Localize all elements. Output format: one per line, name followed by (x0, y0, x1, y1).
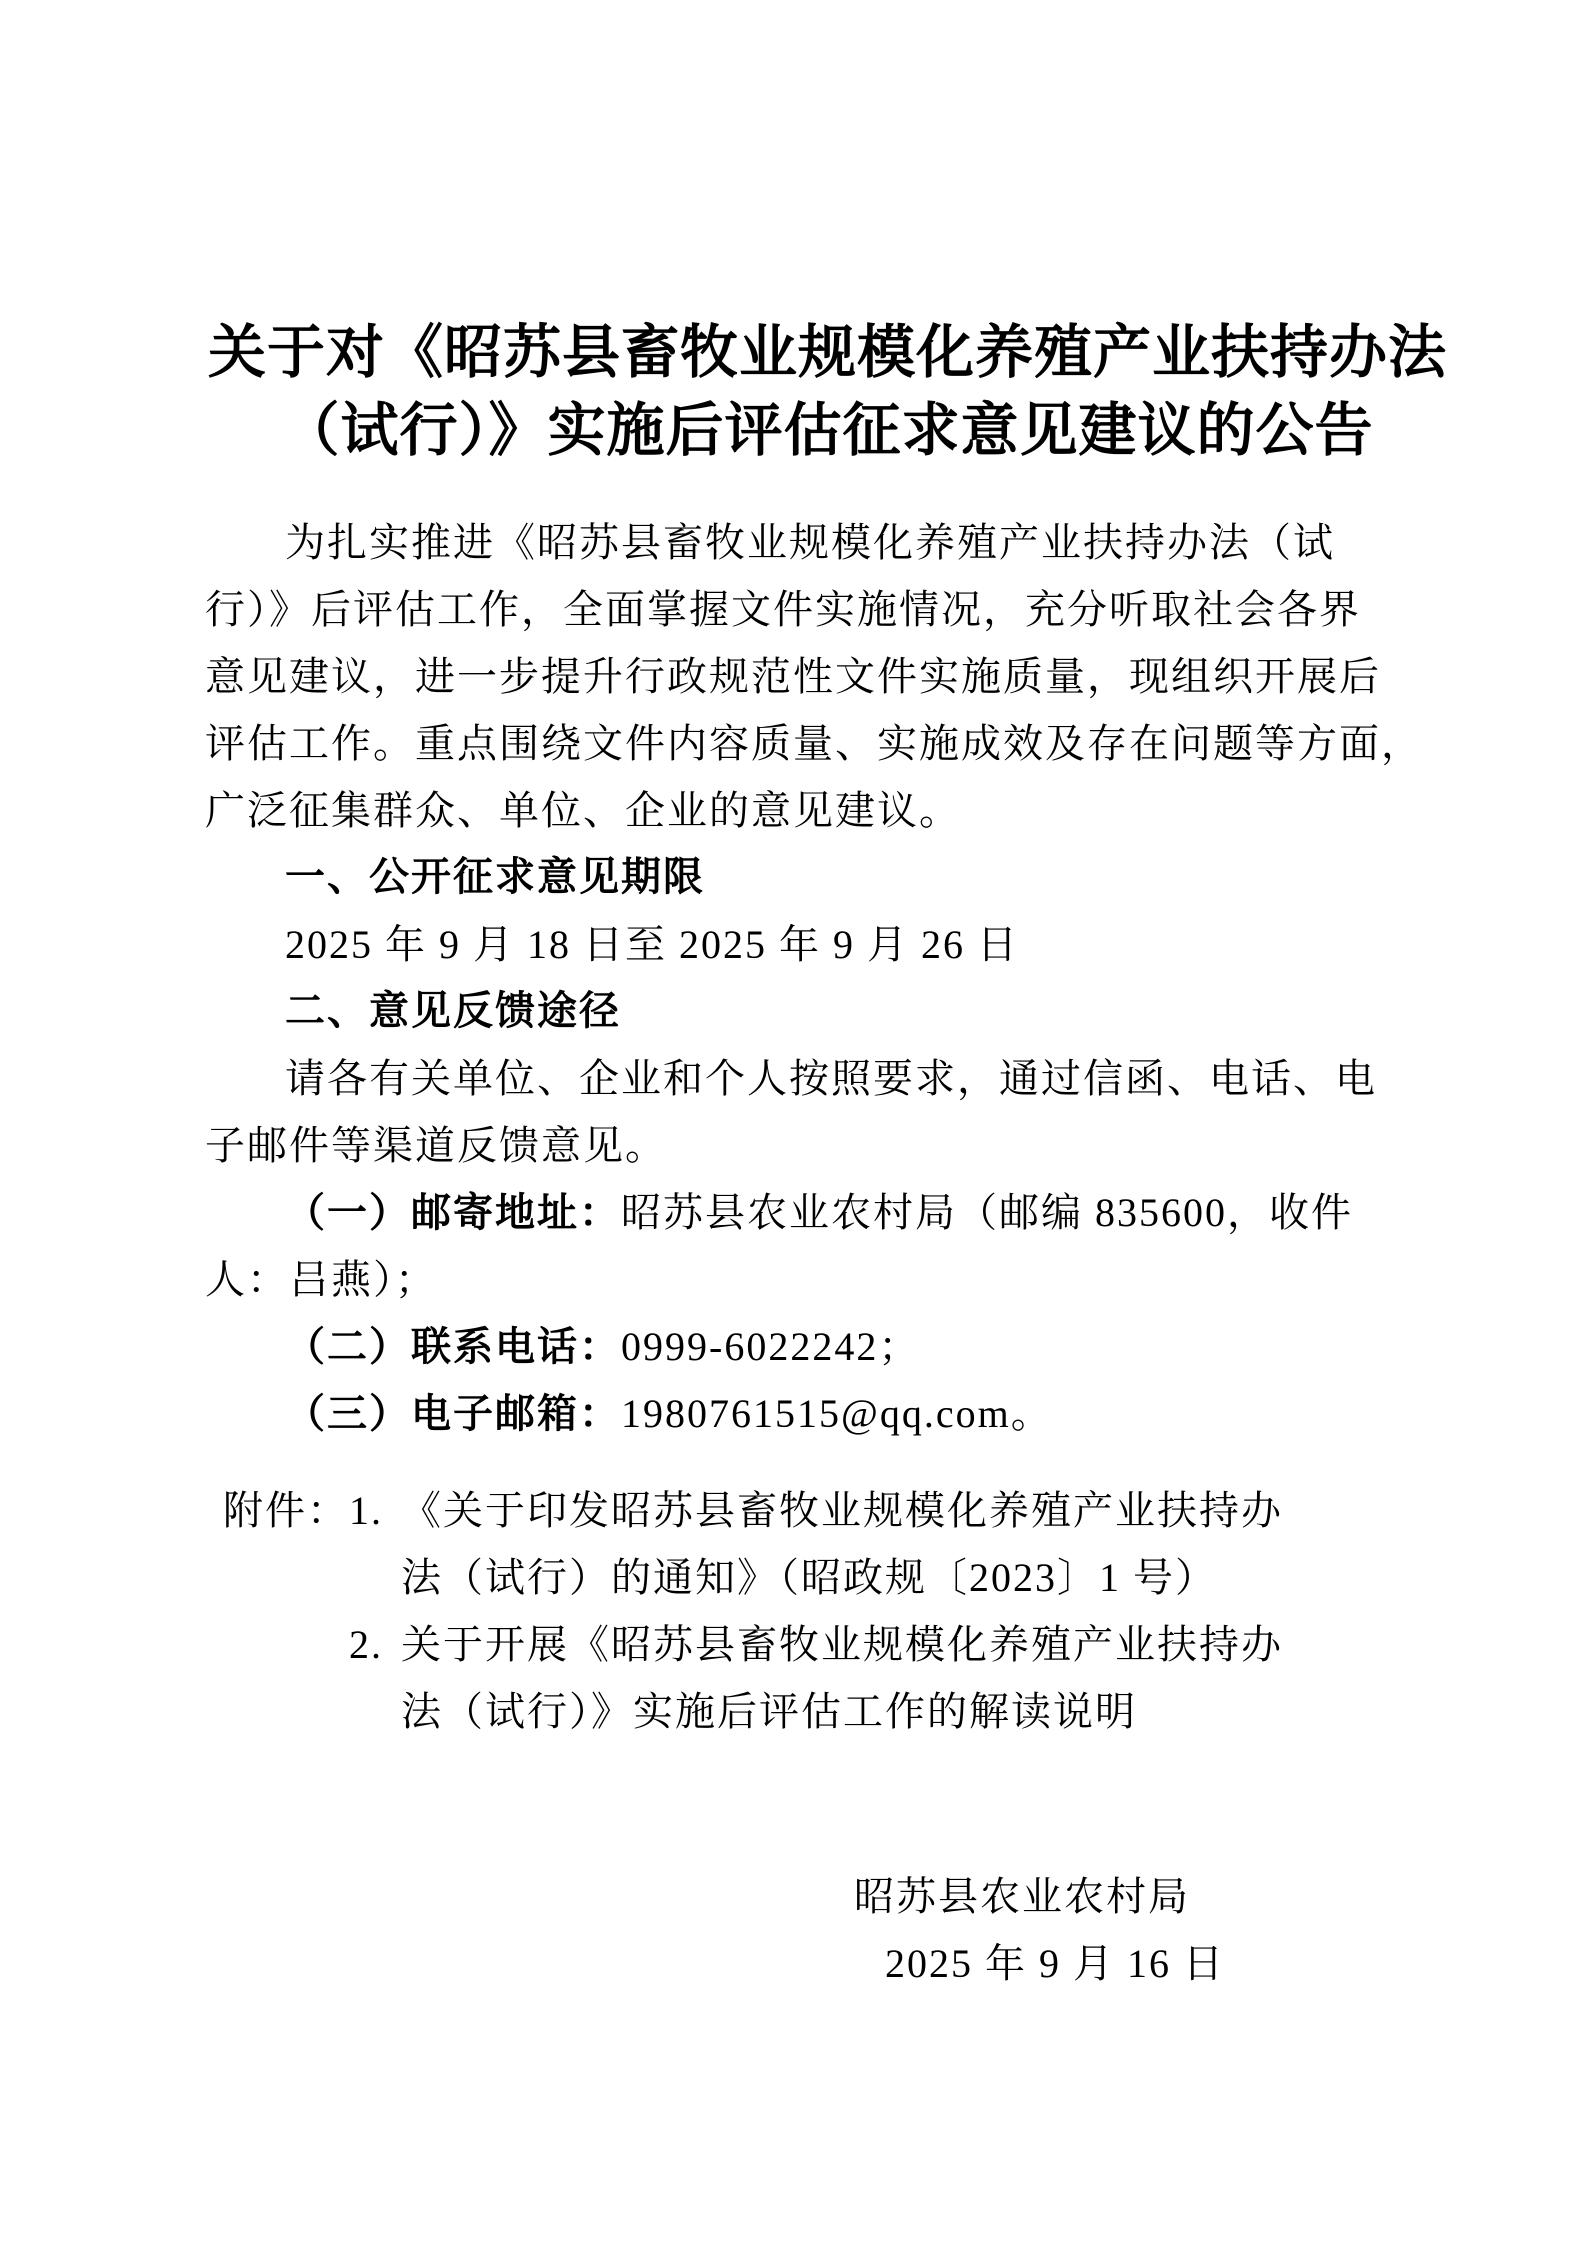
email-label: （三）电子邮箱： (285, 1391, 621, 1436)
feedback-intro-paragraph: 请各有关单位、企业和个人按照要求，通过信函、电话、电 子邮件等渠道反馈意见。 (205, 1045, 1450, 1179)
email-item: （三）电子邮箱：1980761515@qq.com。 (205, 1380, 1450, 1447)
attachment-1-title: 《关于印发昭苏县畜牧业规模化养殖产业扶持办 法（试行）的通知》（昭政规〔2023… (401, 1477, 1441, 1611)
comment-period: 2025 年 9 月 18 日至 2025 年 9 月 26 日 (205, 911, 1450, 978)
document-body: 为扎实推进《昭苏县畜牧业规模化养殖产业扶持办法（试 行）》后评估工作，全面掌握文… (205, 509, 1450, 1997)
mailing-address-item: （一）邮寄地址：昭苏县农业农村局（邮编 835600，收件 人：吕燕）； (205, 1179, 1450, 1313)
attachment-item: 2. 关于开展《昭苏县畜牧业规模化养殖产业扶持办 法（试行）》实施后评估工作的解… (349, 1611, 1450, 1745)
section-1-heading: 一、公开征求意见期限 (205, 844, 1450, 911)
page-title: 关于对《昭苏县畜牧业规模化养殖产业扶持办法 （试行）》实施后评估征求意见建议的公… (205, 314, 1450, 470)
signature-organization: 昭苏县农业农村局 (205, 1863, 1190, 1930)
mailing-address-label: （一）邮寄地址： (285, 1190, 621, 1235)
attachment-2-number: 2. (349, 1611, 401, 1745)
attachments-list: 1. 《关于印发昭苏县畜牧业规模化养殖产业扶持办 法（试行）的通知》（昭政规〔2… (349, 1477, 1450, 1745)
attachment-1-number: 1. (349, 1477, 401, 1611)
attachments-label: 附件： (223, 1477, 349, 1745)
intro-paragraph: 为扎实推进《昭苏县畜牧业规模化养殖产业扶持办法（试 行）》后评估工作，全面掌握文… (205, 509, 1450, 844)
attachment-item: 1. 《关于印发昭苏县畜牧业规模化养殖产业扶持办 法（试行）的通知》（昭政规〔2… (349, 1477, 1450, 1611)
attachment-2-title: 关于开展《昭苏县畜牧业规模化养殖产业扶持办 法（试行）》实施后评估工作的解读说明 (401, 1611, 1441, 1745)
signature-date: 2025 年 9 月 16 日 (205, 1930, 1225, 1997)
phone-label: （二）联系电话： (285, 1324, 621, 1369)
attachments-block: 附件： 1. 《关于印发昭苏县畜牧业规模化养殖产业扶持办 法（试行）的通知》（昭… (223, 1477, 1450, 1745)
email-value: 1980761515@qq.com。 (621, 1391, 1053, 1436)
phone-value: 0999-6022242； (621, 1324, 920, 1369)
signature-block: 昭苏县农业农村局 2025 年 9 月 16 日 (205, 1863, 1450, 1997)
section-2-heading: 二、意见反馈途径 (205, 978, 1450, 1045)
phone-item: （二）联系电话：0999-6022242； (205, 1313, 1450, 1380)
notice-document-page: 关于对《昭苏县畜牧业规模化养殖产业扶持办法 （试行）》实施后评估征求意见建议的公… (0, 0, 1587, 2245)
